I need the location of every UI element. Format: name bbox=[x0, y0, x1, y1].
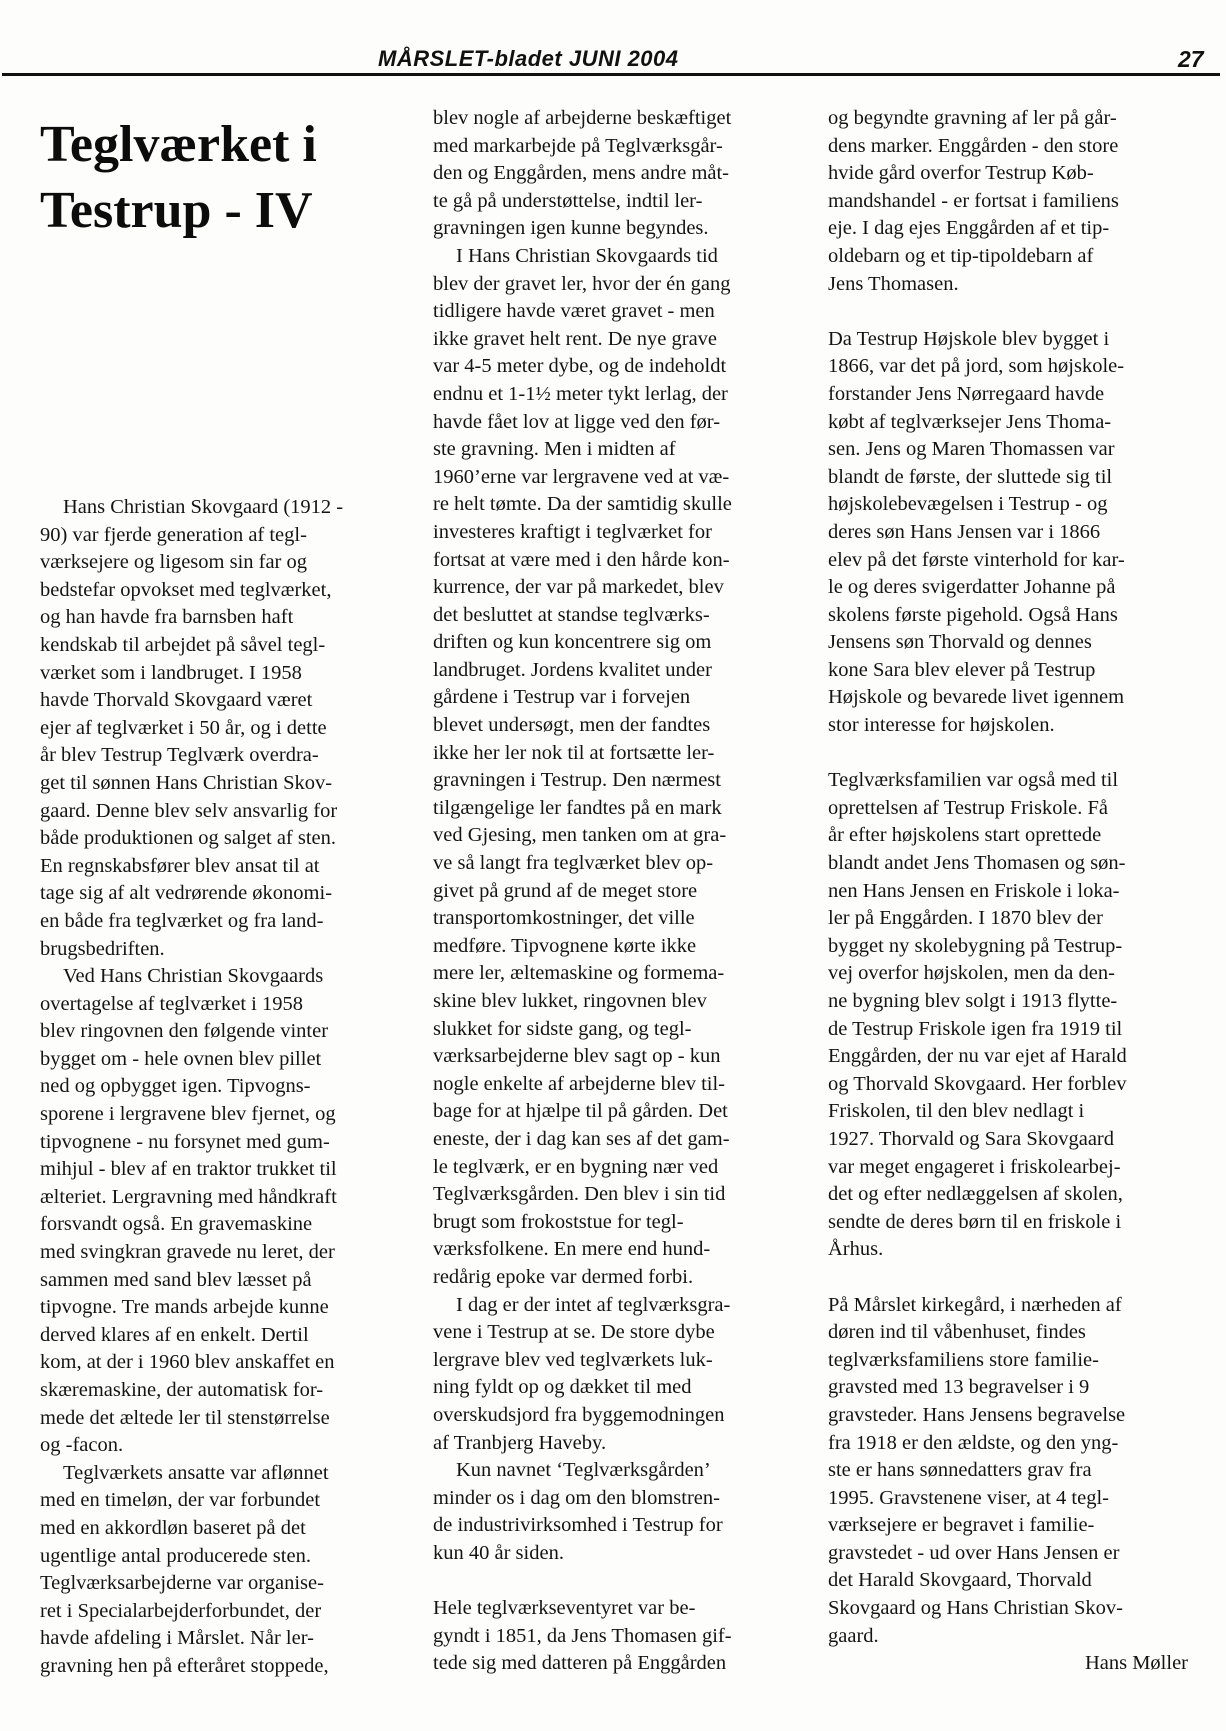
text-line: gårdene i Testrup var i forvejen bbox=[433, 684, 803, 712]
text-line: blandt andet Jens Thomasen og søn- bbox=[828, 850, 1208, 878]
article-title-line-2: Testrup - IV bbox=[40, 178, 380, 244]
text-line: ret i Specialarbejderforbundet, der bbox=[40, 1598, 400, 1626]
text-line: minder os i dag om den blomstren- bbox=[433, 1485, 803, 1513]
text-line: den og Enggården, mens andre måt- bbox=[433, 160, 803, 188]
text-line: sen. Jens og Maren Thomassen var bbox=[828, 436, 1208, 464]
text-line: bygget om - hele ovnen blev pillet bbox=[40, 1046, 400, 1074]
text-line: gyndt i 1851, da Jens Thomasen gif- bbox=[433, 1623, 803, 1651]
text-line: Skovgaard og Hans Christian Skov- bbox=[828, 1595, 1208, 1623]
text-line: Ved Hans Christian Skovgaards bbox=[40, 963, 400, 991]
text-line: ne bygning blev solgt i 1913 flytte- bbox=[828, 988, 1208, 1016]
text-line: blevet undersøgt, men der fandtes bbox=[433, 712, 803, 740]
text-line: skine blev lukket, ringovnen blev bbox=[433, 988, 803, 1016]
text-line: overskudsjord fra byggemodningen bbox=[433, 1402, 803, 1430]
text-line: Teglværksfamilien var også med til bbox=[828, 767, 1208, 795]
text-line: ikke gravet helt rent. De nye grave bbox=[433, 326, 803, 354]
text-line: redårig epoke var dermed forbi. bbox=[433, 1264, 803, 1292]
text-line: eneste, der i dag kan ses af det gam- bbox=[433, 1126, 803, 1154]
text-line: både produktionen og salget af sten. bbox=[40, 825, 400, 853]
text-line: landbruget. Jordens kvalitet under bbox=[433, 657, 803, 685]
text-line: Århus. bbox=[828, 1236, 1208, 1264]
text-line: 90) var fjerde generation af tegl- bbox=[40, 522, 400, 550]
text-line: de Testrup Friskole igen fra 1919 til bbox=[828, 1016, 1208, 1044]
text-line: og -facon. bbox=[40, 1432, 400, 1460]
paragraph-gap bbox=[828, 298, 1208, 326]
text-line: værket som i landbruget. I 1958 bbox=[40, 660, 400, 688]
text-line: 1960’erne var lergravene ved at væ- bbox=[433, 464, 803, 492]
text-line: Enggården, der nu var ejet af Harald bbox=[828, 1043, 1208, 1071]
text-line: transportomkostninger, det ville bbox=[433, 905, 803, 933]
text-line: kurrence, der var på markedet, blev bbox=[433, 574, 803, 602]
text-line: nogle enkelte af arbejderne blev til- bbox=[433, 1071, 803, 1099]
text-line: tage sig af alt vedrørende økonomi- bbox=[40, 880, 400, 908]
text-line: ning fyldt op og dækket til med bbox=[433, 1374, 803, 1402]
text-line: endnu et 1-1½ meter tykt lerlag, der bbox=[433, 381, 803, 409]
text-line: bedstefar opvokset med teglværket, bbox=[40, 577, 400, 605]
text-line: forsvandt også. En gravemaskine bbox=[40, 1211, 400, 1239]
header-rule bbox=[2, 73, 1220, 76]
text-line: Da Testrup Højskole blev bygget i bbox=[828, 326, 1208, 354]
text-line: driften og kun koncentrere sig om bbox=[433, 629, 803, 657]
text-line: ugentlige antal producerede sten. bbox=[40, 1543, 400, 1571]
text-line: le og deres svigerdatter Johanne på bbox=[828, 574, 1208, 602]
text-line: gravningen i Testrup. Den nærmest bbox=[433, 767, 803, 795]
text-line: Kun navnet ‘Teglværksgården’ bbox=[433, 1457, 803, 1485]
text-line: værksejere og ligesom sin far og bbox=[40, 549, 400, 577]
text-line: og begyndte gravning af ler på går- bbox=[828, 105, 1208, 133]
text-line: tipvogne. Tre mands arbejde kunne bbox=[40, 1294, 400, 1322]
text-line: En regnskabsfører blev ansat til at bbox=[40, 853, 400, 881]
text-line: Højskole og bevarede livet igennem bbox=[828, 684, 1208, 712]
text-line: gaard. Denne blev selv ansvarlig for bbox=[40, 798, 400, 826]
text-line: stor interesse for højskolen. bbox=[828, 712, 1208, 740]
text-line: givet på grund af de meget store bbox=[433, 878, 803, 906]
text-line: vej overfor højskolen, men da den- bbox=[828, 960, 1208, 988]
text-line: sporene i lergravene blev fjernet, og bbox=[40, 1101, 400, 1129]
text-line: vene i Testrup at se. De store dybe bbox=[433, 1319, 803, 1347]
text-line: havde fået lov at ligge ved den før- bbox=[433, 409, 803, 437]
text-line: fortsat at være med i den hårde kon- bbox=[433, 547, 803, 575]
text-line: værksarbejderne blev sagt op - kun bbox=[433, 1043, 803, 1071]
text-line: le teglværk, er en bygning nær ved bbox=[433, 1154, 803, 1182]
text-line: af Tranbjerg Haveby. bbox=[433, 1430, 803, 1458]
text-line: I dag er der intet af teglværksgra- bbox=[433, 1292, 803, 1320]
text-line: lergrave blev ved teglværkets luk- bbox=[433, 1347, 803, 1375]
text-line: skæremaskine, der automatisk for- bbox=[40, 1377, 400, 1405]
publication-title: MÅRSLET-bladet JUNI 2004 bbox=[378, 46, 679, 72]
text-line: ejer af teglværket i 50 år, og i dette bbox=[40, 715, 400, 743]
text-line: blev ringovnen den følgende vinter bbox=[40, 1018, 400, 1046]
article-title: Teglværket i Testrup - IV bbox=[40, 112, 380, 244]
text-line: Jens Thomasen. bbox=[828, 271, 1208, 299]
text-line: kun 40 år siden. bbox=[433, 1540, 803, 1568]
text-line: brugt som frokoststue for tegl- bbox=[433, 1209, 803, 1237]
text-line: gaard. bbox=[828, 1623, 1208, 1651]
text-line: deres søn Hans Jensen var i 1866 bbox=[828, 519, 1208, 547]
text-line: gravstedet - ud over Hans Jensen er bbox=[828, 1540, 1208, 1568]
text-line: derved klares af en enkelt. Dertil bbox=[40, 1322, 400, 1350]
text-line: med en timeløn, der var forbundet bbox=[40, 1487, 400, 1515]
text-line: ste er hans sønnedatters grav fra bbox=[828, 1457, 1208, 1485]
text-line: ned og opbygget igen. Tipvogns- bbox=[40, 1073, 400, 1101]
text-line: ve så langt fra teglværket blev op- bbox=[433, 850, 803, 878]
text-line: kom, at der i 1960 blev anskaffet en bbox=[40, 1349, 400, 1377]
text-line: blandt de første, der sluttede sig til bbox=[828, 464, 1208, 492]
text-line: de industrivirksomhed i Testrup for bbox=[433, 1512, 803, 1540]
text-line: Teglværkets ansatte var aflønnet bbox=[40, 1460, 400, 1488]
article-title-line-1: Teglværket i bbox=[40, 112, 380, 178]
text-line: havde Thorvald Skovgaard været bbox=[40, 687, 400, 715]
text-line: ikke her ler nok til at fortsætte ler- bbox=[433, 740, 803, 768]
text-line: ælteriet. Lergravning med håndkraft bbox=[40, 1184, 400, 1212]
text-line: blev der gravet ler, hvor der én gang bbox=[433, 271, 803, 299]
text-line: teglværksfamiliens store familie- bbox=[828, 1347, 1208, 1375]
text-line: oprettelsen af Testrup Friskole. Få bbox=[828, 795, 1208, 823]
text-line: gravningen igen kunne begyndes. bbox=[433, 215, 803, 243]
article-column-3: og begyndte gravning af ler på går-dens … bbox=[828, 105, 1208, 1678]
text-line: medføre. Tipvognene kørte ikke bbox=[433, 933, 803, 961]
text-line: 1927. Thorvald og Sara Skovgaard bbox=[828, 1126, 1208, 1154]
text-line: skolens første pigehold. Også Hans bbox=[828, 602, 1208, 630]
text-line: tilgængelige ler fandtes på en mark bbox=[433, 795, 803, 823]
text-line: overtagelse af teglværket i 1958 bbox=[40, 991, 400, 1019]
text-line: med en akkordløn baseret på det bbox=[40, 1515, 400, 1543]
text-line: gravsted med 13 begravelser i 9 bbox=[828, 1374, 1208, 1402]
text-line: mere ler, æltemaskine og formema- bbox=[433, 960, 803, 988]
text-line: 1995. Gravstenene viser, at 4 tegl- bbox=[828, 1485, 1208, 1513]
text-line: med markarbejde på Teglværksgår- bbox=[433, 133, 803, 161]
text-line: 1866, var det på jord, som højskole- bbox=[828, 353, 1208, 381]
text-line: mandshandel - er fortsat i familiens bbox=[828, 188, 1208, 216]
text-line: højskolebevægelsen i Testrup - og bbox=[828, 491, 1208, 519]
text-line: tipvognene - nu forsynet med gum- bbox=[40, 1129, 400, 1157]
paragraph-gap bbox=[828, 740, 1208, 768]
text-line: ler på Enggården. I 1870 blev der bbox=[828, 905, 1208, 933]
text-line: Hele teglværkseventyret var be- bbox=[433, 1595, 803, 1623]
text-line: Jensens søn Thorvald og dennes bbox=[828, 629, 1208, 657]
text-line: sendte de deres børn til en friskole i bbox=[828, 1209, 1208, 1237]
page-header: MÅRSLET-bladet JUNI 2004 27 bbox=[0, 0, 1226, 74]
text-line: blev nogle af arbejderne beskæftiget bbox=[433, 105, 803, 133]
text-line: oldebarn og et tip-tipoldebarn af bbox=[828, 243, 1208, 271]
text-line: værksfolkene. En mere end hund- bbox=[433, 1236, 803, 1264]
text-line: tede sig med datteren på Enggården bbox=[433, 1650, 803, 1678]
text-line: det besluttet at standse teglværks- bbox=[433, 602, 803, 630]
text-line: elev på det første vinterhold for kar- bbox=[828, 547, 1208, 575]
text-line: ste gravning. Men i midten af bbox=[433, 436, 803, 464]
text-line: og Thorvald Skovgaard. Her forblev bbox=[828, 1071, 1208, 1099]
text-line: Teglværksarbejderne var organise- bbox=[40, 1570, 400, 1598]
text-line: Hans Christian Skovgaard (1912 - bbox=[40, 494, 400, 522]
text-line: brugsbedriften. bbox=[40, 936, 400, 964]
text-line: te gå på understøttelse, indtil ler- bbox=[433, 188, 803, 216]
text-line: købt af teglværksejer Jens Thoma- bbox=[828, 409, 1208, 437]
text-line: døren ind til våbenhuset, findes bbox=[828, 1319, 1208, 1347]
text-line: mihjul - blev af en traktor trukket til bbox=[40, 1156, 400, 1184]
text-line: slukket for sidste gang, og tegl- bbox=[433, 1016, 803, 1044]
text-line: sammen med sand blev læsset på bbox=[40, 1267, 400, 1295]
text-line: år blev Testrup Teglværk overdra- bbox=[40, 742, 400, 770]
text-line: Teglværksgården. Den blev i sin tid bbox=[433, 1181, 803, 1209]
text-line: kone Sara blev elever på Testrup bbox=[828, 657, 1208, 685]
author-signature: Hans Møller bbox=[828, 1650, 1208, 1678]
text-line: mede det æltede ler til stenstørrelse bbox=[40, 1405, 400, 1433]
text-line: investeres kraftigt i teglværket for bbox=[433, 519, 803, 547]
text-line: ved Gjesing, men tanken om at gra- bbox=[433, 822, 803, 850]
text-line: med svingkran gravede nu leret, der bbox=[40, 1239, 400, 1267]
text-line: værksejere er begravet i familie- bbox=[828, 1512, 1208, 1540]
paragraph-gap bbox=[828, 1264, 1208, 1292]
paragraph-gap bbox=[433, 1567, 803, 1595]
text-line: I Hans Christian Skovgaards tid bbox=[433, 243, 803, 271]
article-column-2: blev nogle af arbejderne beskæftigetmed … bbox=[433, 105, 803, 1678]
text-line: Friskolen, til den blev nedlagt i bbox=[828, 1098, 1208, 1126]
text-line: en både fra teglværket og fra land- bbox=[40, 908, 400, 936]
text-line: det og efter nedlæggelsen af skolen, bbox=[828, 1181, 1208, 1209]
text-line: bygget ny skolebygning på Testrup- bbox=[828, 933, 1208, 961]
article-column-1: Hans Christian Skovgaard (1912 -90) var … bbox=[40, 494, 400, 1681]
text-line: get til sønnen Hans Christian Skov- bbox=[40, 770, 400, 798]
text-line: år efter højskolens start oprettede bbox=[828, 822, 1208, 850]
text-line: dens marker. Enggården - den store bbox=[828, 133, 1208, 161]
text-line: var 4-5 meter dybe, og de indeholdt bbox=[433, 353, 803, 381]
text-line: det Harald Skovgaard, Thorvald bbox=[828, 1567, 1208, 1595]
text-line: re helt tømte. Da der samtidig skulle bbox=[433, 491, 803, 519]
text-line: hvide gård overfor Testrup Køb- bbox=[828, 160, 1208, 188]
text-line: havde afdeling i Mårslet. Når ler- bbox=[40, 1625, 400, 1653]
text-line: gravsteder. Hans Jensens begravelse bbox=[828, 1402, 1208, 1430]
page-number: 27 bbox=[1178, 46, 1204, 73]
text-line: forstander Jens Nørregaard havde bbox=[828, 381, 1208, 409]
text-line: eje. I dag ejes Enggården af et tip- bbox=[828, 215, 1208, 243]
text-line: tidligere havde været gravet - men bbox=[433, 298, 803, 326]
text-line: På Mårslet kirkegård, i nærheden af bbox=[828, 1292, 1208, 1320]
text-line: fra 1918 er den ældste, og den yng- bbox=[828, 1430, 1208, 1458]
text-line: og han havde fra barnsben haft bbox=[40, 604, 400, 632]
text-line: kendskab til arbejdet på såvel tegl- bbox=[40, 632, 400, 660]
text-line: gravning hen på efteråret stoppede, bbox=[40, 1653, 400, 1681]
text-line: bage for at hjælpe til på gården. Det bbox=[433, 1098, 803, 1126]
text-line: var meget engageret i friskolearbej- bbox=[828, 1154, 1208, 1182]
text-line: nen Hans Jensen en Friskole i loka- bbox=[828, 878, 1208, 906]
